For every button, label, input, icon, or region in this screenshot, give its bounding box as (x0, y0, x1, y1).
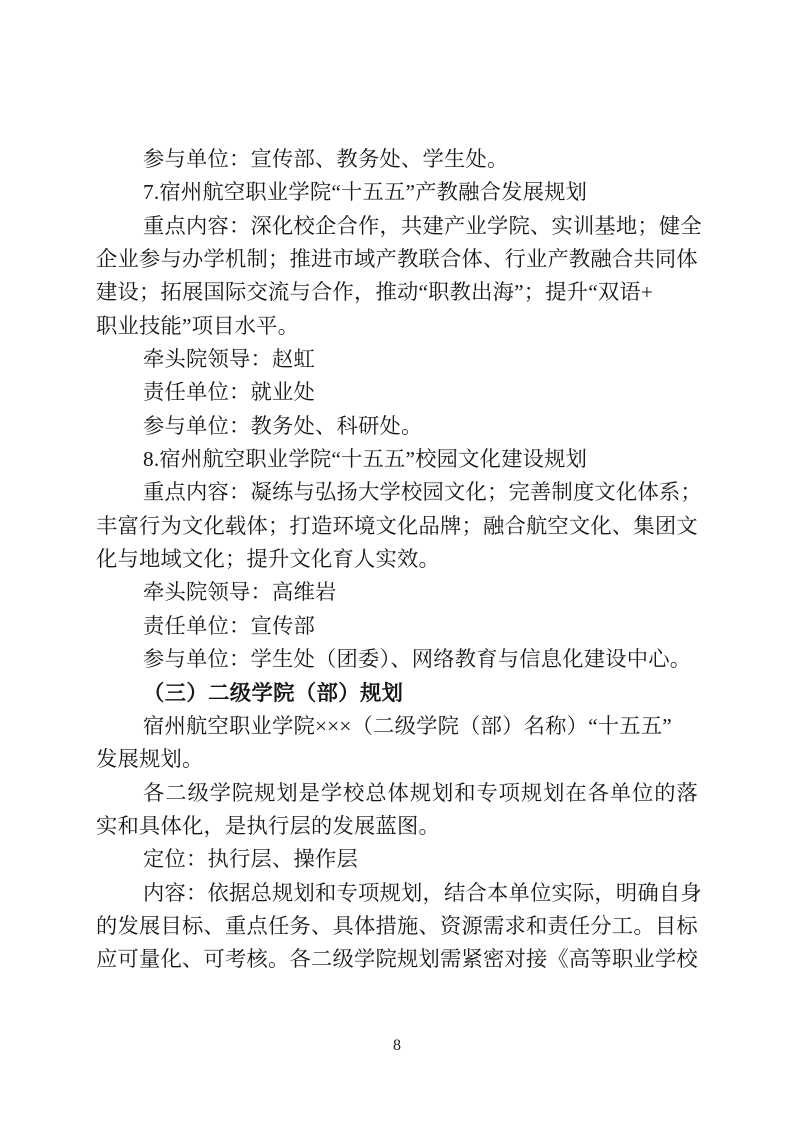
text-line: 的发展目标、重点任务、具体措施、资源需求和责任分工。目标 (96, 910, 698, 943)
text-line: 重点内容：深化校企合作，共建产业学院、实训基地；健全 (96, 210, 698, 243)
text-line: 应可量化、可考核。各二级学院规划需紧密对接《高等职业学校 (96, 943, 698, 976)
text-line: 责任单位：就业处 (96, 376, 698, 409)
text-line: 牵头院领导：高维岩 (96, 576, 698, 609)
text-line: 参与单位：宣传部、教务处、学生处。 (96, 143, 698, 176)
text-line: 企业参与办学机制；推进市域产教联合体、行业产教融合共同体 (96, 243, 698, 276)
text-line: 各二级学院规划是学校总体规划和专项规划在各单位的落 (96, 777, 698, 810)
text-line: 8.宿州航空职业学院“十五五”校园文化建设规划 (96, 443, 698, 476)
document-page: 参与单位：宣传部、教务处、学生处。7.宿州航空职业学院“十五五”产教融合发展规划… (0, 0, 793, 1122)
text-line: 内容：依据总规划和专项规划，结合本单位实际，明确自身 (96, 877, 698, 910)
text-line: 发展规划。 (96, 743, 698, 776)
page-footer: 8 (96, 1036, 698, 1056)
section-heading: （三）二级学院（部）规划 (96, 677, 698, 710)
text-line: 化与地域文化；提升文化育人实效。 (96, 543, 698, 576)
text-line: 职业技能”项目水平。 (96, 310, 698, 343)
text-line: 丰富行为文化载体；打造环境文化品牌；融合航空文化、集团文 (96, 510, 698, 543)
text-line: 宿州航空职业学院×××（二级学院（部）名称）“十五五” (96, 710, 698, 743)
document-body: 参与单位：宣传部、教务处、学生处。7.宿州航空职业学院“十五五”产教融合发展规划… (96, 143, 698, 977)
text-line: 参与单位：教务处、科研处。 (96, 410, 698, 443)
page-number: 8 (393, 1037, 401, 1054)
text-line: 实和具体化，是执行层的发展蓝图。 (96, 810, 698, 843)
text-line: 7.宿州航空职业学院“十五五”产教融合发展规划 (96, 176, 698, 209)
text-line: 参与单位：学生处（团委）、网络教育与信息化建设中心。 (96, 643, 698, 676)
text-line: 重点内容：凝练与弘扬大学校园文化；完善制度文化体系； (96, 476, 698, 509)
text-line: 定位：执行层、操作层 (96, 843, 698, 876)
text-line: 建设；拓展国际交流与合作，推动“职教出海”；提升“双语+ (96, 276, 698, 309)
text-line: 牵头院领导：赵虹 (96, 343, 698, 376)
text-line: 责任单位：宣传部 (96, 610, 698, 643)
